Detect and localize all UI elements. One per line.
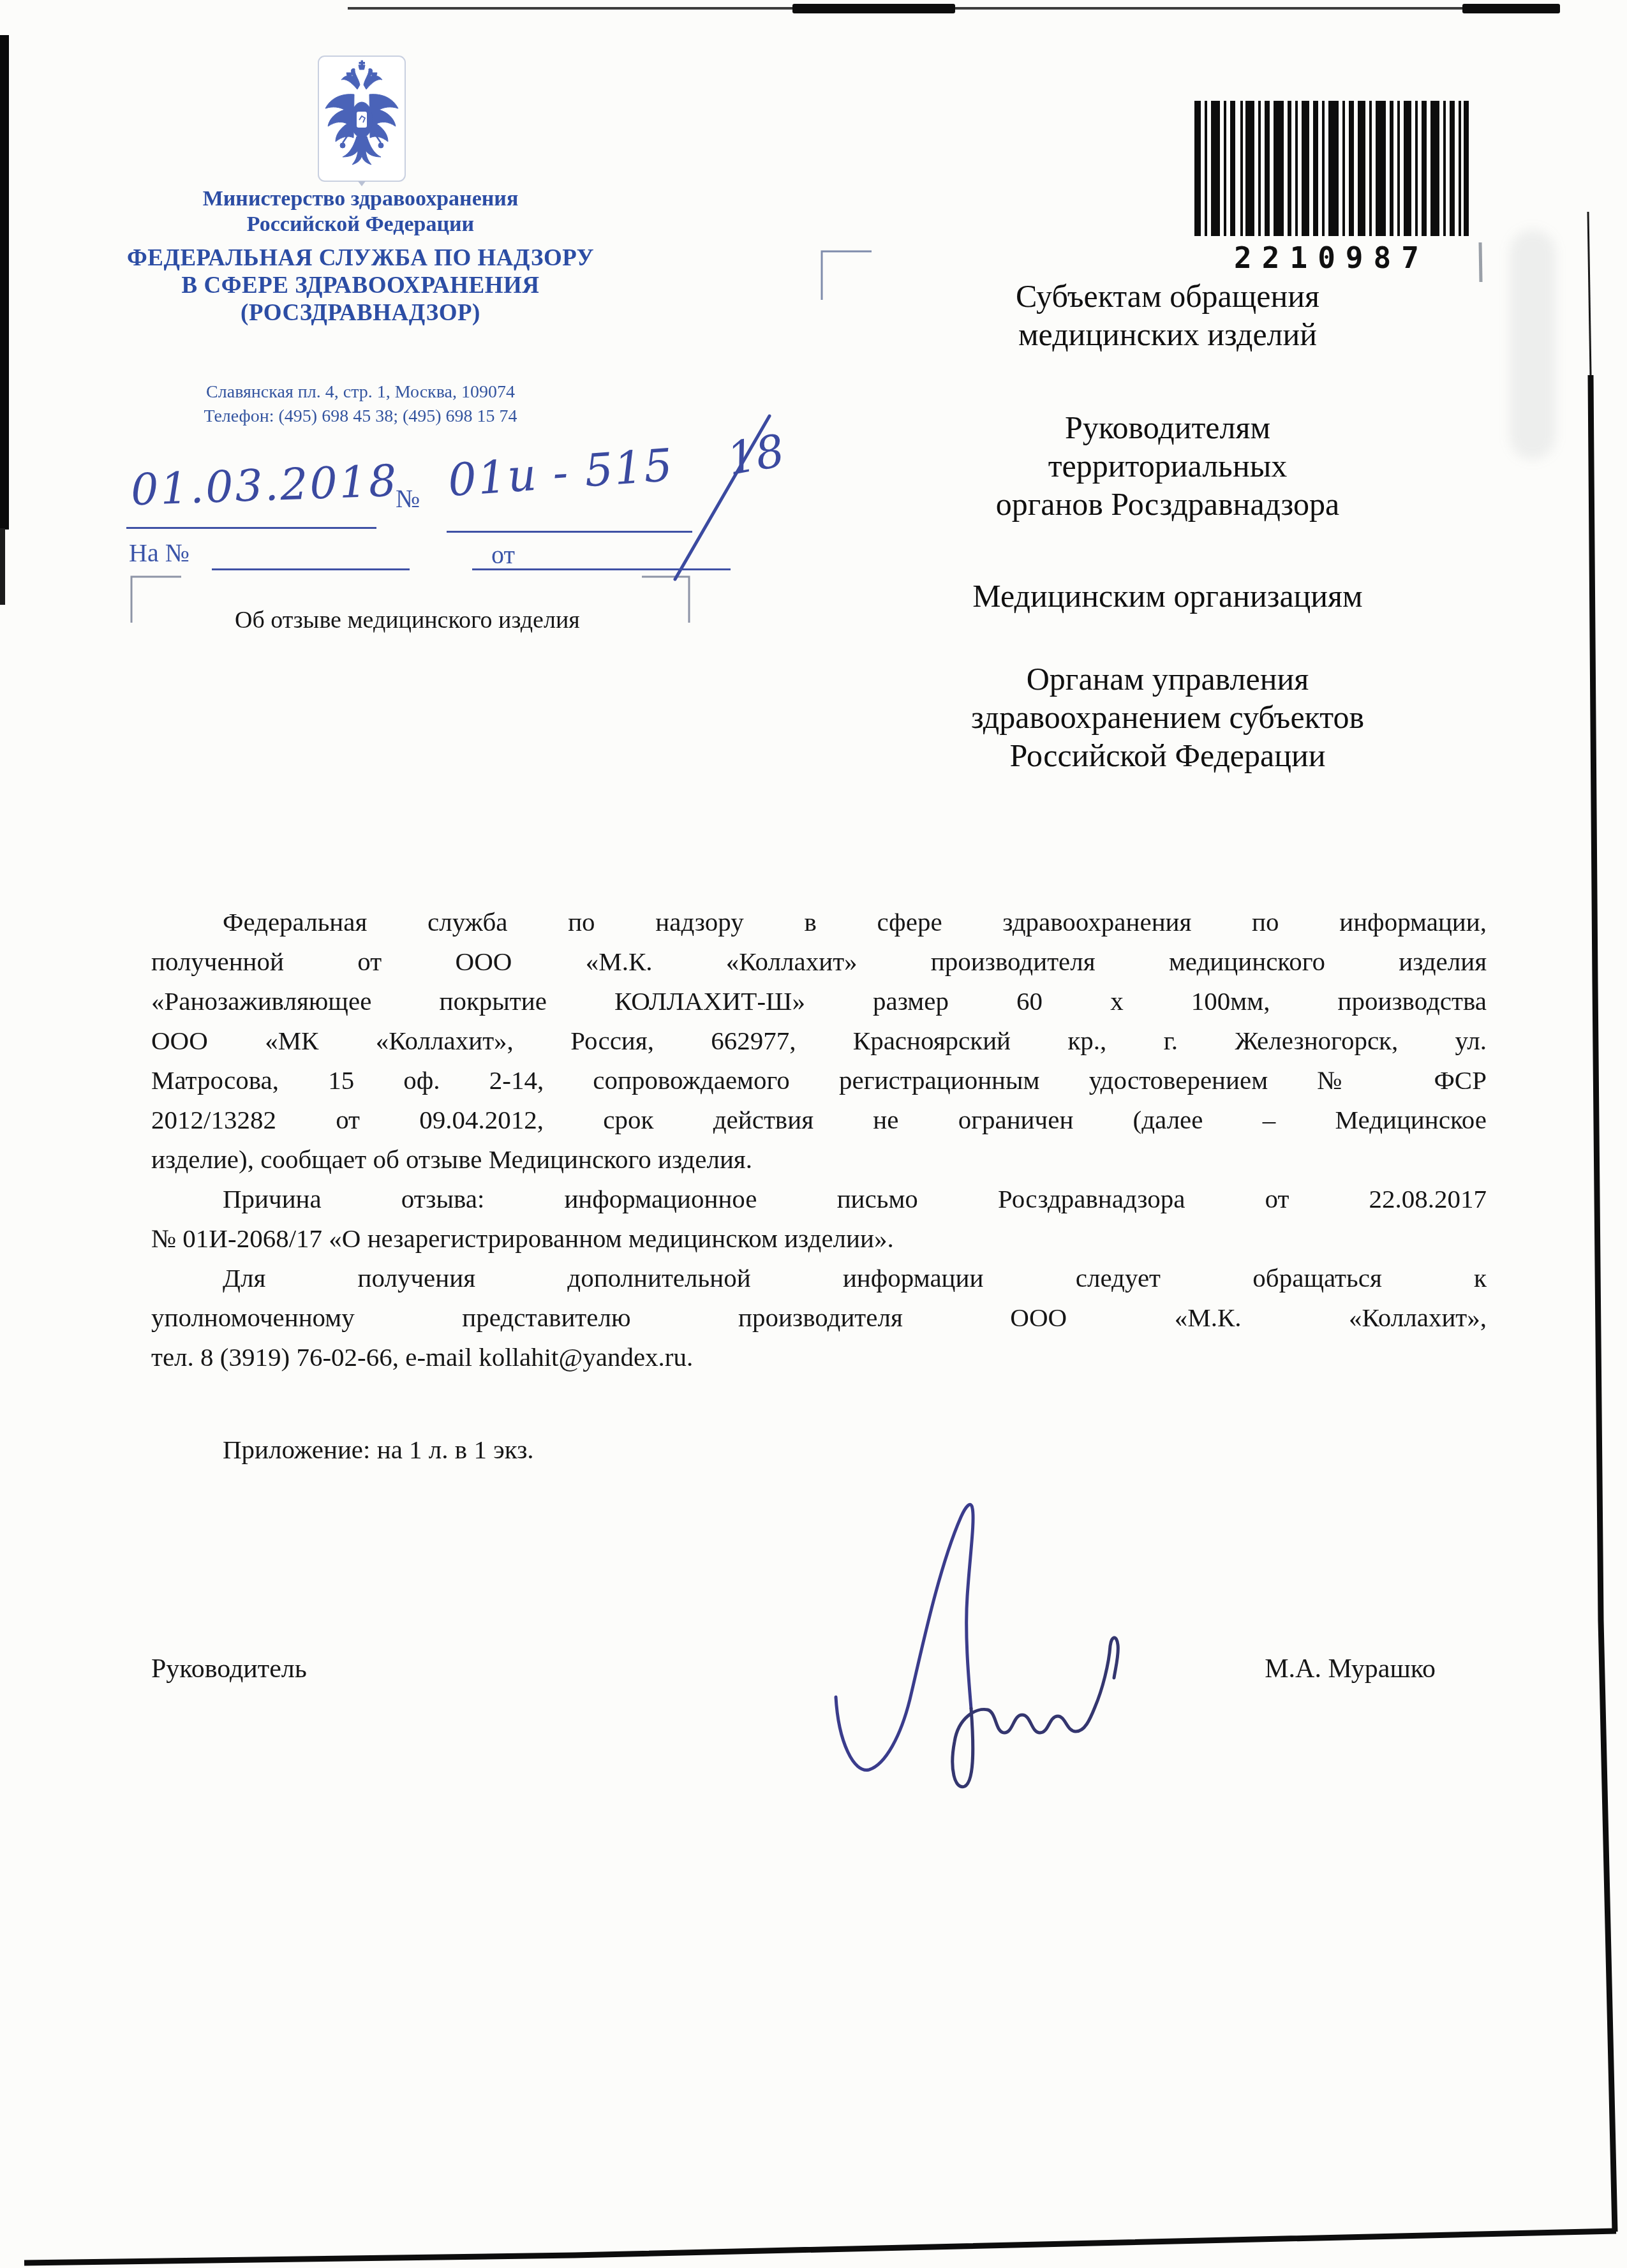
handwritten-date: 01.03.2018 [130,456,399,516]
barcode-bars [1194,101,1469,236]
reply-from-label: от [491,540,515,570]
subject-line: Об отзыве медицинского изделия [235,606,580,634]
service-line1: ФЕДЕРАЛЬНАЯ СЛУЖБА ПО НАДЗОРУ [108,244,613,272]
addressee-group: Органам управления здравоохранением субъ… [842,660,1493,775]
addressee-line: Российской Федерации [842,736,1493,775]
reply-to-label: На № [129,538,189,568]
body-line: изделие), сообщает об отзыве Медицинског… [151,1139,1487,1179]
handwritten-number-suffix: 18 [724,424,789,485]
addressee-line: Органам управления [842,660,1493,698]
body-line: Федеральная служба по надзору в сфере зд… [151,902,1487,942]
addressee-line: Субъектам обращения [842,277,1493,315]
body-line: Причина отзыва: информационное письмо Ро… [151,1179,1487,1219]
body-line: тел. 8 (3919) 76-02-66, e-mail kollahit@… [151,1337,1487,1377]
barcode-number: 2210987 [1194,241,1469,275]
ministry-line1: Министерство здравоохранения [108,186,613,212]
addressee-group: Руководителям территориальных органов Ро… [842,408,1493,523]
addressee-group: Субъектам обращения медицинских изделий [842,277,1493,353]
phone-numbers: Телефон: (495) 698 45 38; (495) 698 15 7… [108,404,613,429]
handwritten-signature [810,1493,1168,1799]
body-line: уполномоченному представителю производит… [151,1298,1487,1337]
postal-address: Славянская пл. 4, стр. 1, Москва, 109074 [108,380,613,404]
addressees: Субъектам обращения медицинских изделий … [842,277,1493,775]
barcode: 2210987 [1194,101,1469,275]
ministry-name: Министерство здравоохранения Российской … [108,186,613,237]
body-line: Для получения дополнительной информации … [151,1258,1487,1298]
addressee-line: органов Росздравнадзора [842,485,1493,523]
addressee-line: здравоохранением субъектов [842,698,1493,736]
addressee-line: медицинских изделий [842,315,1493,353]
scan-top-line-thick-segment [1462,4,1560,13]
date-underline [126,527,376,529]
handwritten-number: 01и - 515 [447,439,676,507]
addressee-line: территориальных [842,447,1493,485]
service-line3: (РОСЗДРАВНАДЗОР) [108,299,613,327]
body-line: № 01И-2068/17 «О незарегистрированном ме… [151,1219,1487,1258]
body-line: полученной от ООО «М.К. «Коллахит» произ… [151,942,1487,981]
scan-smudge [1510,230,1556,459]
reply-number-underline [212,568,410,570]
body-line: Матросова, 15 оф. 2-14, сопровождаемого … [151,1060,1487,1100]
signer-name: М.А. Мурашко [1148,1654,1436,1684]
attachment-note: Приложение: на 1 л. в 1 экз. [151,1434,534,1465]
contact-block: Славянская пл. 4, стр. 1, Москва, 109074… [108,380,613,429]
service-name: ФЕДЕРАЛЬНАЯ СЛУЖБА ПО НАДЗОРУ В СФЕРЕ ЗД… [108,244,613,327]
addressee-group: Медицинским организациям [842,577,1493,615]
number-underline [447,531,692,533]
scan-left-edge-bar [0,35,9,530]
body-line: «Ранозаживляющее покрытие КОЛЛАХИТ-Ш» ра… [151,981,1487,1021]
number-sign-label: № [396,484,420,514]
scanned-letter-page: Министерство здравоохранения Российской … [0,0,1627,2268]
letterhead: Министерство здравоохранения Российской … [108,0,613,447]
body-line: 2012/13282 от 09.04.2012, срок действия … [151,1100,1487,1139]
scan-top-line-thick-segment [792,4,955,13]
body-line: ООО «МК «Коллахит», Россия, 662977, Крас… [151,1021,1487,1060]
reply-date-underline [472,568,731,570]
letter-body: Федеральная служба по надзору в сфере зд… [151,902,1487,1377]
scan-left-edge-bar [0,528,5,605]
addressee-line: Руководителям [842,408,1493,447]
service-line2: В СФЕРЕ ЗДРАВООХРАНЕНИЯ [108,272,613,299]
signer-title: Руководитель [151,1654,307,1684]
addressee-line: Медицинским организациям [842,577,1493,615]
ministry-line2: Российской Федерации [108,212,613,237]
